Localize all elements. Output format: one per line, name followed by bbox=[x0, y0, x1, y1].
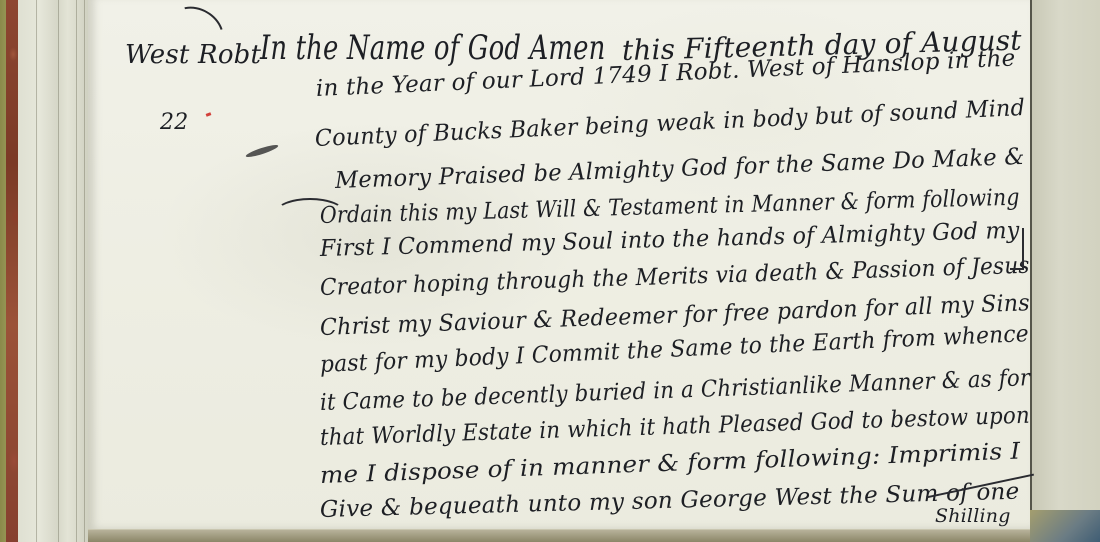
trailing-word: Shilling bbox=[935, 505, 1011, 527]
page-stack-edge bbox=[18, 0, 90, 542]
manuscript-photo: West Robt 22 In the Name of God Amen thi… bbox=[0, 0, 1100, 542]
facing-page-edge bbox=[1030, 0, 1100, 515]
cloth-corner bbox=[1030, 510, 1100, 542]
margin-entry-number: 22 bbox=[160, 110, 188, 135]
page-bottom-edge bbox=[88, 530, 1048, 542]
margin-testator-name: West Robt bbox=[125, 40, 261, 70]
margin-bracket bbox=[1010, 228, 1024, 270]
text-line: In the Name of God Amen bbox=[260, 28, 605, 68]
